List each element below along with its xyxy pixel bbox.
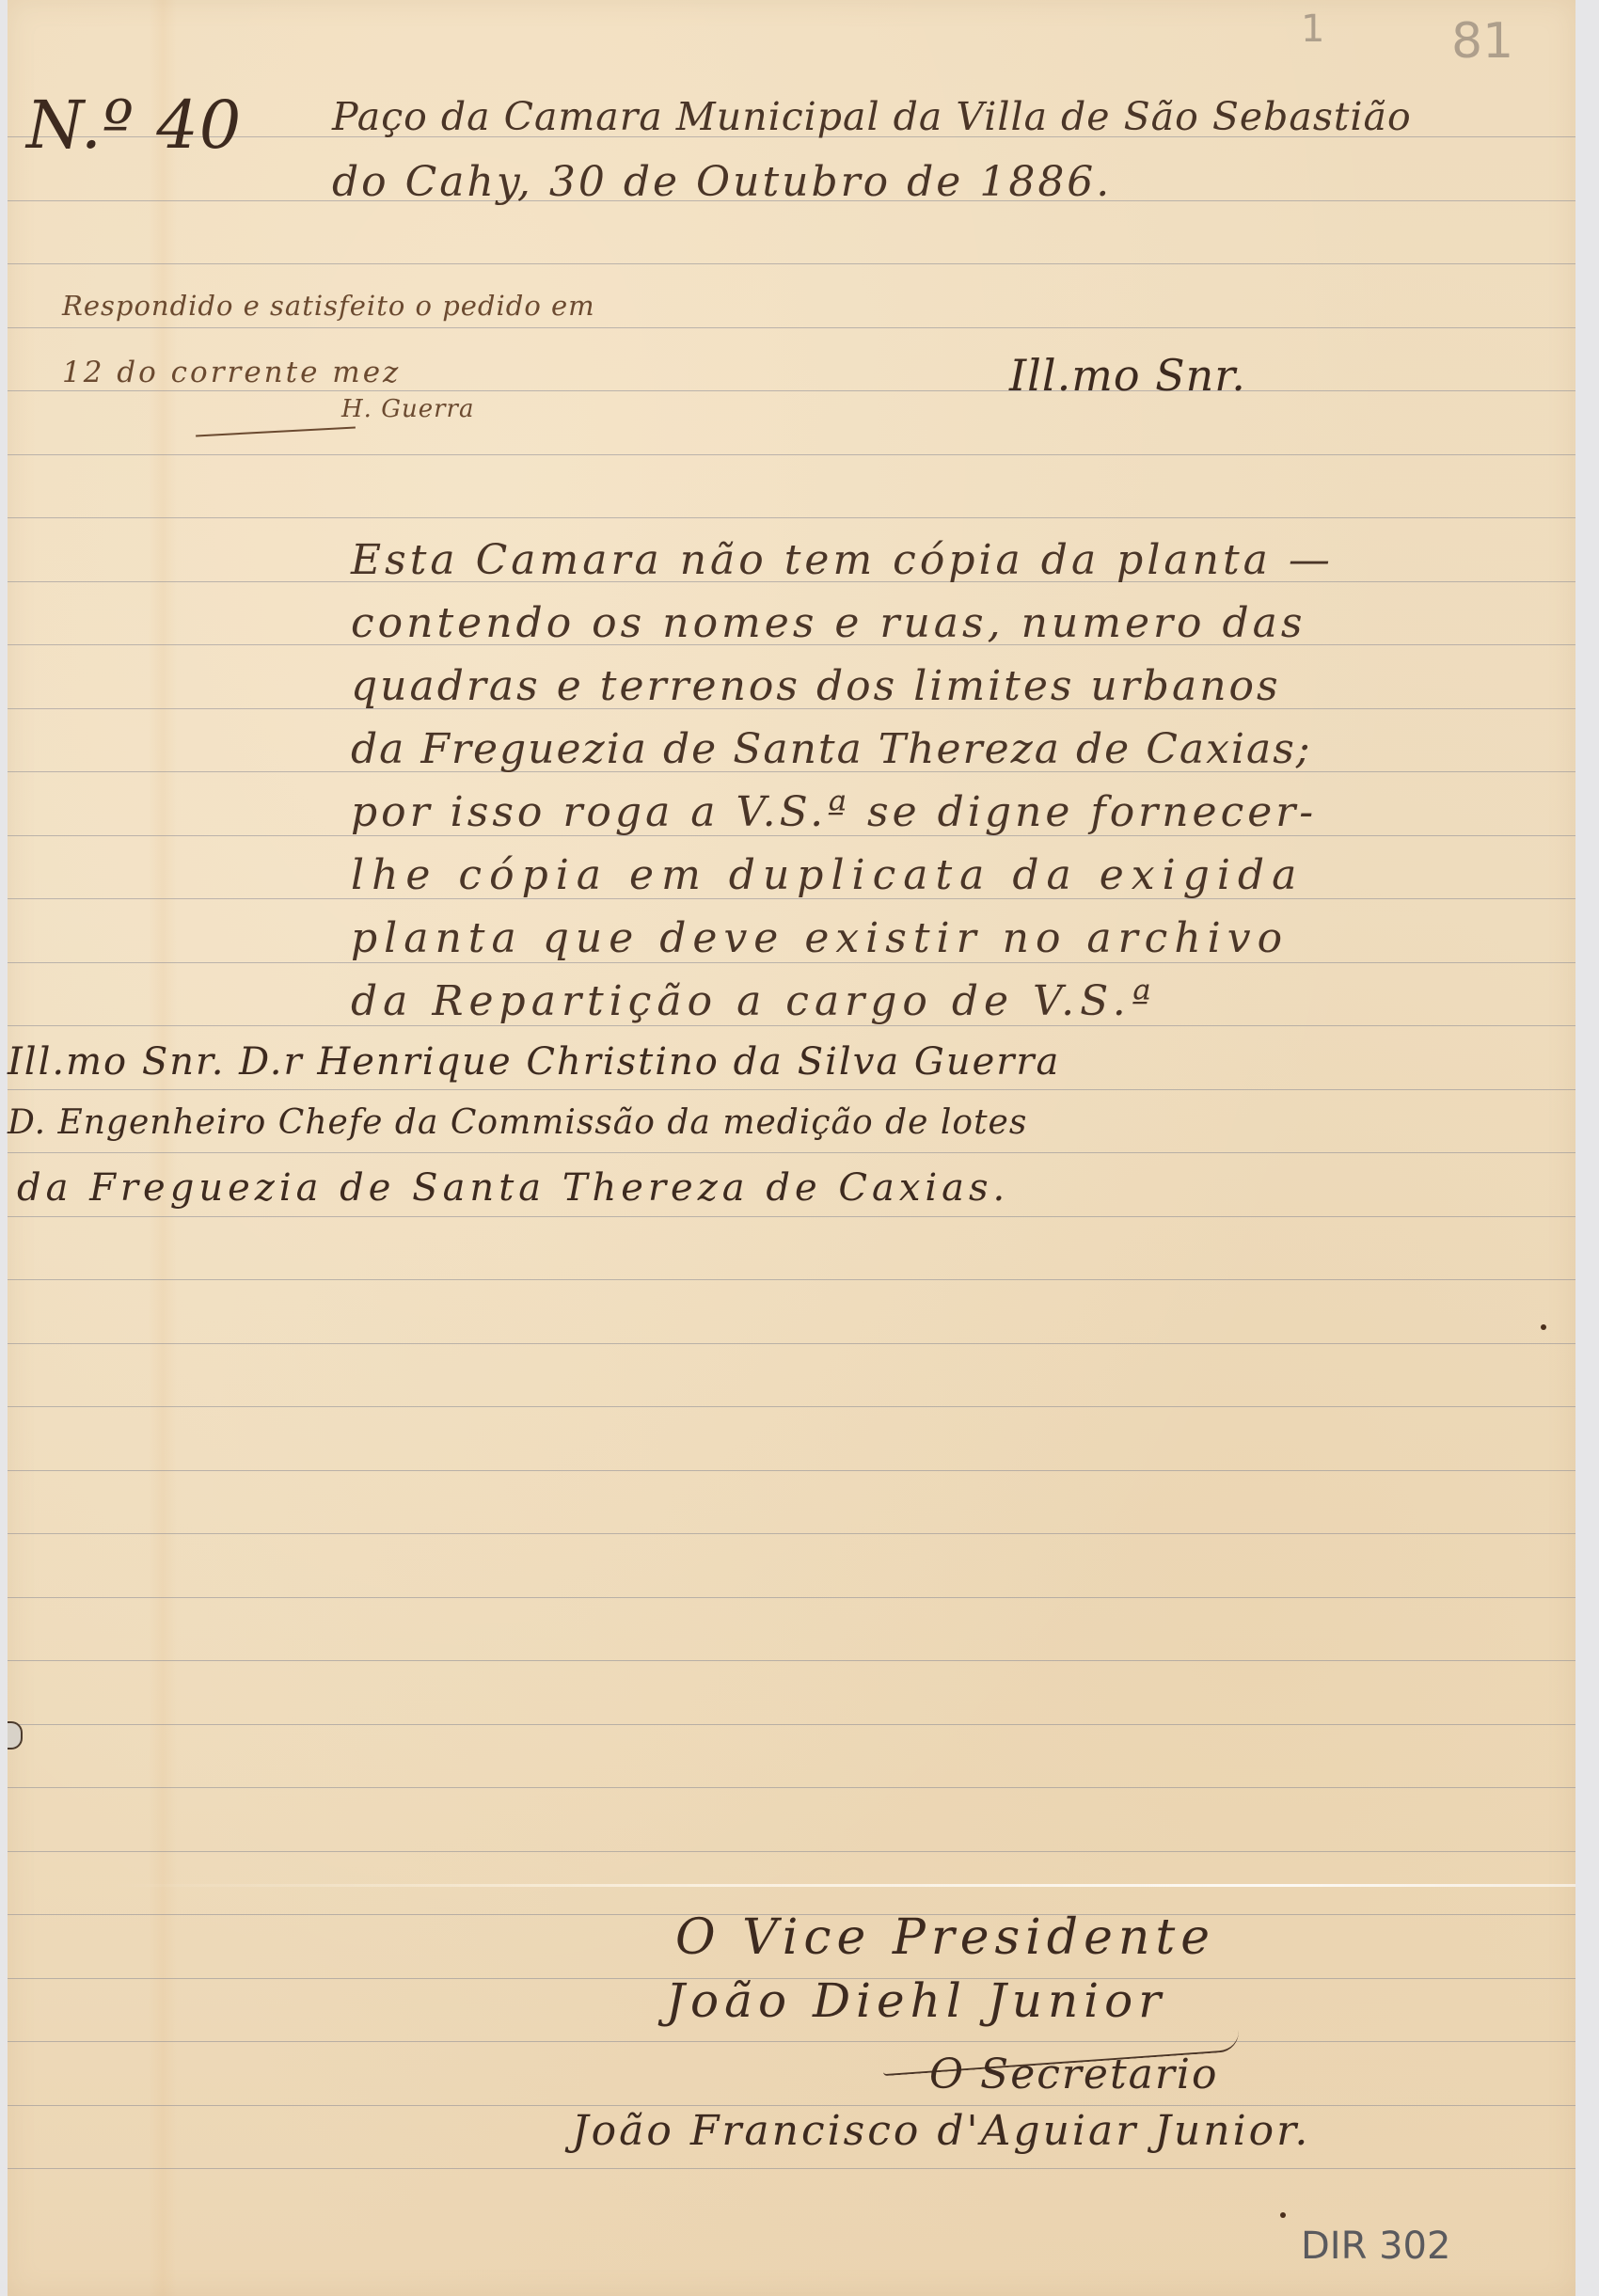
signature-name-secretary: João Francisco d'Aguiar Junior. (572, 2107, 1310, 2155)
ruled-line (8, 1406, 1575, 1407)
ruled-line (8, 1597, 1575, 1598)
ruled-line (8, 1152, 1575, 1153)
ruled-line (8, 1279, 1575, 1280)
ruled-line (8, 454, 1575, 455)
ruled-line (8, 962, 1575, 963)
ink-spot (1541, 1324, 1546, 1330)
archive-mark-top-1: 1 (1301, 8, 1324, 51)
salutation: Ill.mo Snr. (1009, 350, 1246, 401)
body-line-7: planta que deve existir no archivo (351, 914, 1289, 962)
paper-fold-shadow (149, 0, 177, 2296)
ruled-line (8, 1660, 1575, 1661)
margin-note-signature: H. Guerra (341, 395, 474, 423)
ruled-line (8, 327, 1575, 328)
body-line-1: Esta Camara não tem cópia da planta — (351, 536, 1334, 584)
binding-hole (8, 1721, 23, 1750)
margin-note-line-1: Respondido e satisfeito o pedido em (62, 290, 595, 322)
ruled-line (8, 390, 1575, 391)
ruled-line (8, 1089, 1575, 1090)
body-line-5: por isso roga a V.S.ª se digne fornecer- (351, 788, 1317, 836)
signature-name-vice-president: João Diehl Junior (666, 1973, 1166, 2028)
ruled-line (8, 2168, 1575, 2169)
addressee-line-3: da Freguezia de Santa Thereza de Caxias. (17, 1166, 1009, 1210)
ruled-line (8, 1216, 1575, 1217)
signature-title-secretary: O Secretario (929, 2051, 1218, 2098)
archive-mark-bottom: DIR 302 (1301, 2225, 1450, 2268)
ruled-line (8, 2105, 1575, 2106)
ruled-line (8, 1724, 1575, 1725)
body-line-4: da Freguezia de Santa Thereza de Caxias; (351, 725, 1312, 773)
body-line-8: da Repartição a cargo de V.S.ª (351, 977, 1157, 1025)
margin-note-line-2: 12 do corrente mez (62, 356, 401, 389)
document-number: N.º 40 (26, 87, 242, 164)
body-line-2: contendo os nomes e ruas, numero das (351, 599, 1306, 647)
ruled-line (8, 1533, 1575, 1534)
ruled-line (8, 1343, 1575, 1344)
body-line-6: lhe cópia em duplicata da exigida (351, 851, 1304, 899)
letter-page: 1 81 N.º 40 Paço da Camara Municipal da … (8, 0, 1575, 2296)
body-line-3: quadras e terrenos dos limites urbanos (351, 662, 1281, 710)
ruled-line (8, 1851, 1575, 1852)
ruled-line (8, 517, 1575, 518)
header-place-line-2: do Cahy, 30 de Outubro de 1886. (332, 158, 1112, 206)
ruled-line (8, 263, 1575, 264)
ruled-line (8, 2041, 1575, 2042)
header-place-line-1: Paço da Camara Municipal da Villa de São… (332, 94, 1412, 139)
ink-spot (1280, 2212, 1286, 2218)
archive-mark-top-2: 81 (1451, 13, 1513, 70)
margin-signature-flourish (196, 427, 356, 437)
signature-title-vice-president: O Vice Presidente (675, 1909, 1215, 1966)
ruled-line (8, 1470, 1575, 1471)
ruled-line (8, 1787, 1575, 1788)
addressee-line-2: D. Engenheiro Chefe da Commissão da medi… (8, 1103, 1027, 1142)
paper-crease (111, 1884, 1575, 1887)
addressee-line-1: Ill.mo Snr. D.r Henrique Christino da Si… (8, 1040, 1060, 1084)
ruled-line (8, 1025, 1575, 1026)
